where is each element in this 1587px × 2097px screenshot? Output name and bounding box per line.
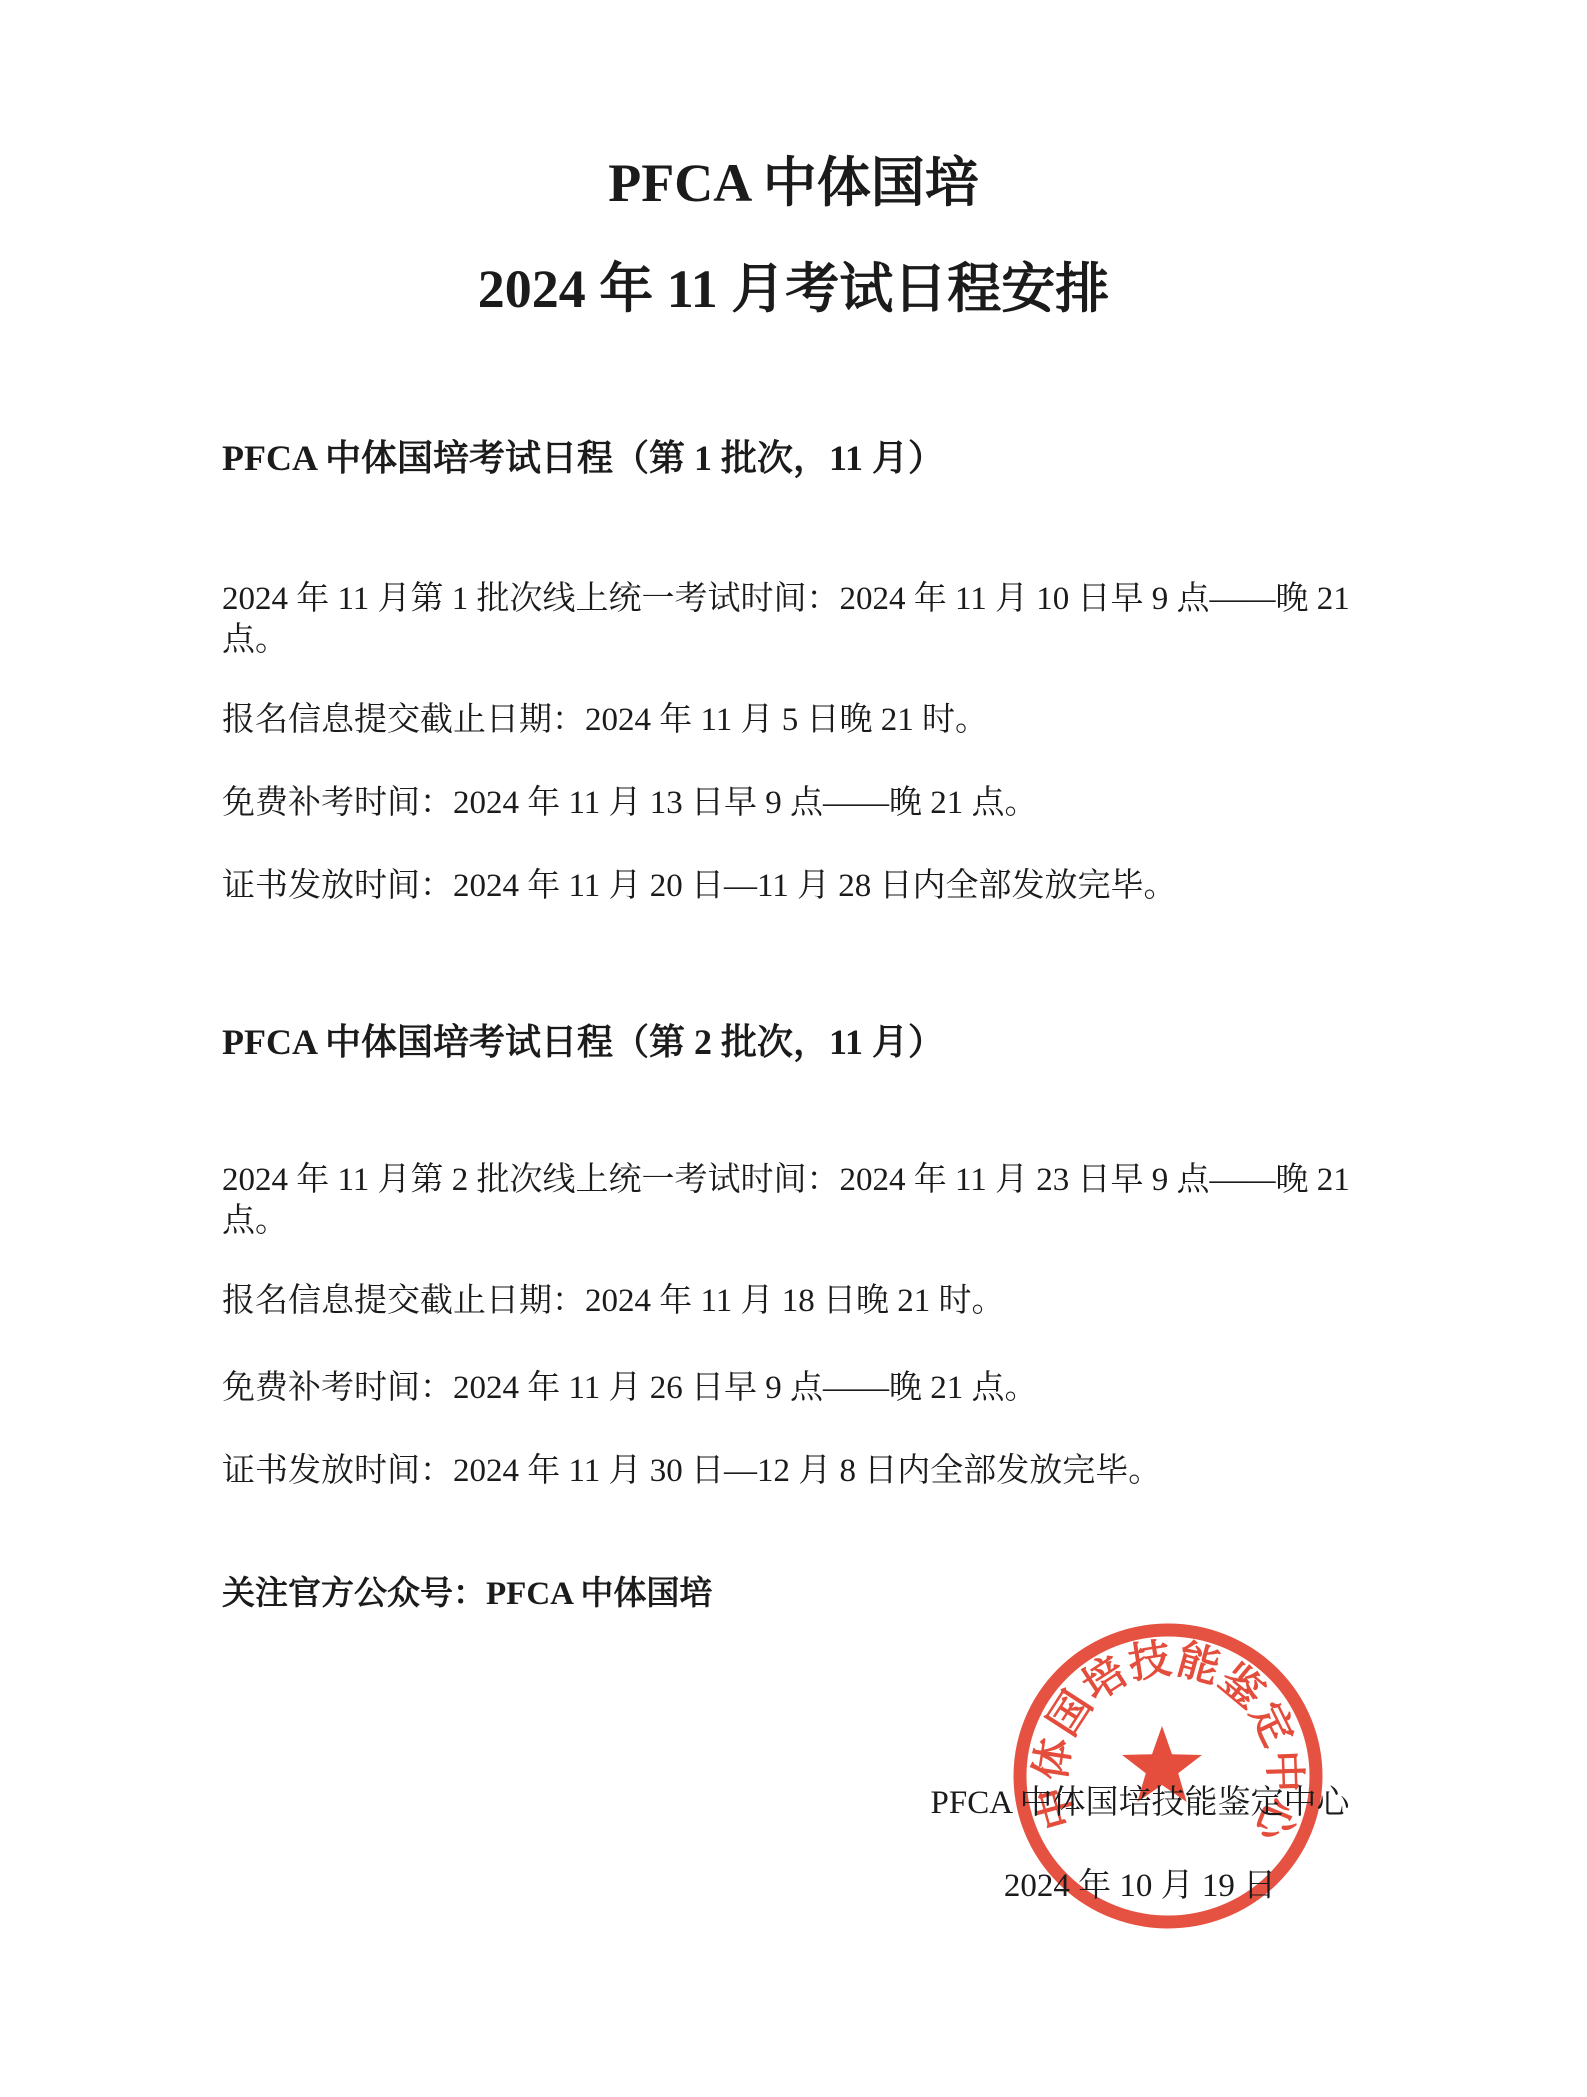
page-title-line1: PFCA 中体国培 — [0, 152, 1587, 214]
signature-org: PFCA 中体国培技能鉴定中心 — [860, 1783, 1420, 1824]
official-stamp: 中体国培技能鉴定中心 — [968, 1576, 1368, 1976]
paragraph-batch1-registration-deadline: 报名信息提交截止日期：2024 年 11 月 5 日晚 21 时。 — [222, 700, 988, 741]
text-line: 报名信息提交截止日期：2024 年 11 月 18 日晚 21 时。 — [222, 1281, 1005, 1322]
follow-official-account-line: 关注官方公众号：PFCA 中体国培 — [222, 1574, 712, 1615]
paragraph-batch1-certificate-issue: 证书发放时间：2024 年 11 月 20 日—11 月 28 日内全部发放完毕… — [222, 866, 1177, 907]
text-line: 证书发放时间：2024 年 11 月 30 日—12 月 8 日内全部发放完毕。 — [222, 1451, 1161, 1492]
paragraph-batch2-exam-time: 2024 年 11 月第 2 批次线上统一考试时间：2024 年 11 月 23… — [222, 1160, 1350, 1242]
paragraph-batch1-exam-time: 2024 年 11 月第 1 批次线上统一考试时间：2024 年 11 月 10… — [222, 579, 1350, 661]
text-line: 免费补考时间：2024 年 11 月 26 日早 9 点——晚 21 点。 — [222, 1368, 1038, 1409]
document-page: PFCA 中体国培 2024 年 11 月考试日程安排 PFCA 中体国培考试日… — [0, 0, 1587, 2097]
text-line: 免费补考时间：2024 年 11 月 13 日早 9 点——晚 21 点。 — [222, 783, 1038, 824]
text-line: 证书发放时间：2024 年 11 月 20 日—11 月 28 日内全部发放完毕… — [222, 866, 1177, 907]
text-line: 关注官方公众号：PFCA 中体国培 — [222, 1574, 712, 1615]
signature-date: 2024 年 10 月 19 日 — [860, 1866, 1420, 1907]
text-line: 点。 — [222, 620, 1350, 661]
paragraph-batch2-registration-deadline: 报名信息提交截止日期：2024 年 11 月 18 日晚 21 时。 — [222, 1281, 1005, 1322]
text-line: 报名信息提交截止日期：2024 年 11 月 5 日晚 21 时。 — [222, 700, 988, 741]
section-1-heading: PFCA 中体国培考试日程（第 1 批次，11 月） — [222, 430, 944, 481]
page-title-line2: 2024 年 11 月考试日程安排 — [0, 258, 1587, 320]
text-line: 2024 年 11 月第 1 批次线上统一考试时间：2024 年 11 月 10… — [222, 579, 1350, 620]
text-line: 2024 年 11 月第 2 批次线上统一考试时间：2024 年 11 月 23… — [222, 1160, 1350, 1201]
paragraph-batch2-certificate-issue: 证书发放时间：2024 年 11 月 30 日—12 月 8 日内全部发放完毕。 — [222, 1451, 1161, 1492]
section-2-heading: PFCA 中体国培考试日程（第 2 批次，11 月） — [222, 1014, 944, 1065]
text-line: 点。 — [222, 1201, 1350, 1242]
paragraph-batch1-makeup-exam: 免费补考时间：2024 年 11 月 13 日早 9 点——晚 21 点。 — [222, 783, 1038, 824]
paragraph-batch2-makeup-exam: 免费补考时间：2024 年 11 月 26 日早 9 点——晚 21 点。 — [222, 1368, 1038, 1409]
